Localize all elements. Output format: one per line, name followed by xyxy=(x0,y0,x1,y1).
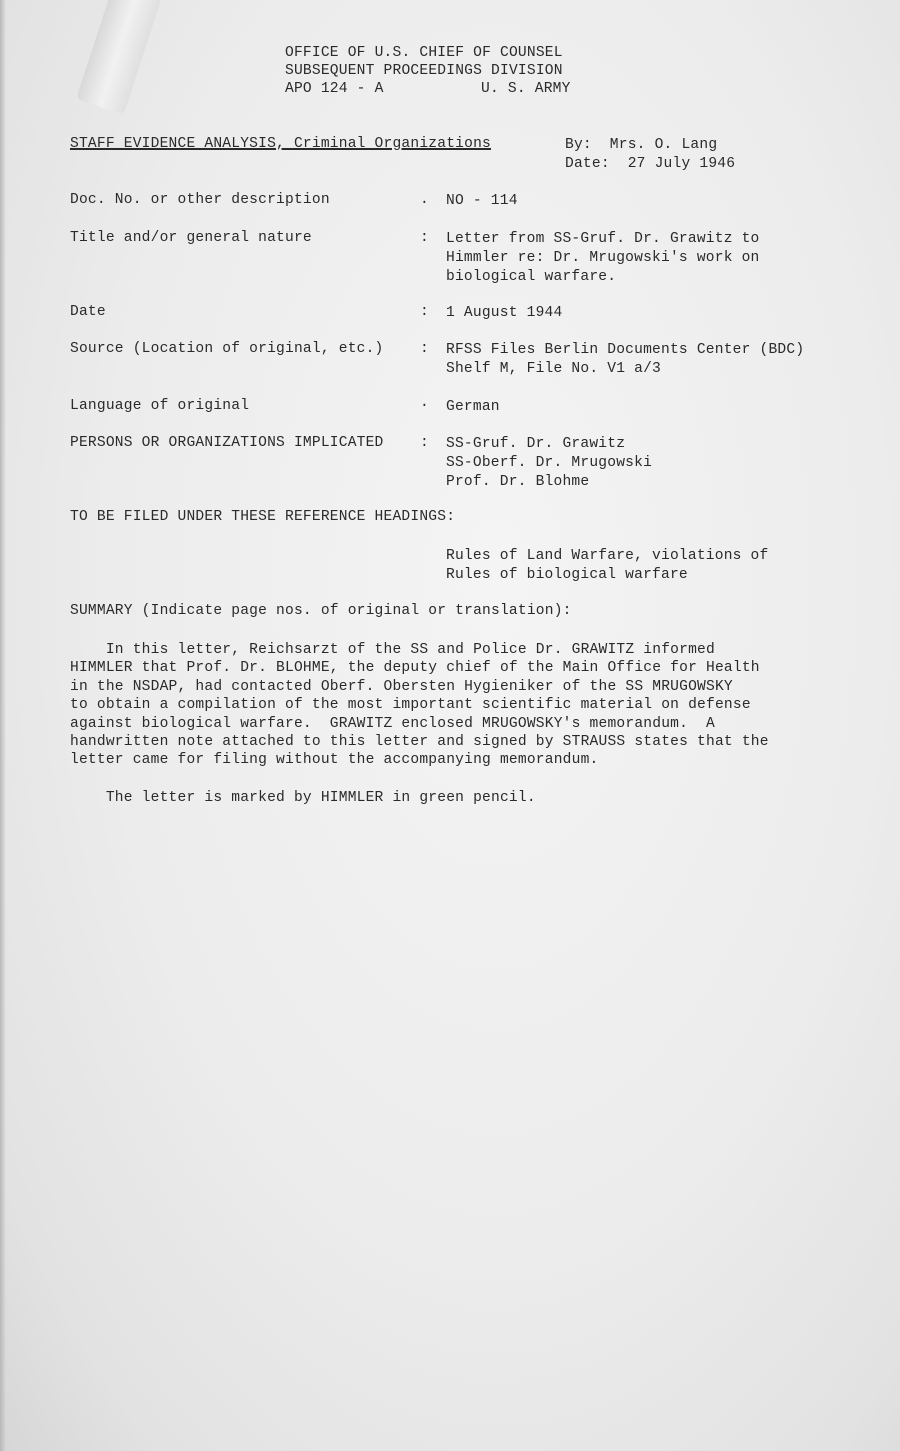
field-sep: : xyxy=(420,435,429,451)
field-value-source: RFSS Files Berlin Documents Center (BDC)… xyxy=(446,341,804,379)
field-value-doc-no: NO - 114 xyxy=(446,192,518,211)
field-sep: . xyxy=(420,192,429,208)
summary-paragraph: In this letter, Reichsarzt of the SS and… xyxy=(70,641,769,770)
field-label-persons: PERSONS OR ORGANIZATIONS IMPLICATED xyxy=(70,435,384,451)
reference-heading: TO BE FILED UNDER THESE REFERENCE HEADIN… xyxy=(70,509,455,525)
field-sep: : xyxy=(420,230,429,246)
field-label-source: Source (Location of original, etc.) xyxy=(70,341,384,357)
field-value-date: 1 August 1944 xyxy=(446,304,562,323)
analysis-title: STAFF EVIDENCE ANALYSIS, Criminal Organi… xyxy=(70,136,491,152)
header-apo: APO 124 - A xyxy=(285,80,384,98)
header-division: SUBSEQUENT PROCEEDINGS DIVISION xyxy=(285,62,563,80)
paper-crease xyxy=(76,0,164,115)
analysis-date: Date: 27 July 1946 xyxy=(565,155,735,173)
summary-heading: SUMMARY (Indicate page nos. of original … xyxy=(70,603,572,619)
field-value-title: Letter from SS-Gruf. Dr. Grawitz to Himm… xyxy=(446,230,760,287)
field-label-title: Title and/or general nature xyxy=(70,230,312,246)
summary-closing: The letter is marked by HIMMLER in green… xyxy=(70,790,536,806)
header-army: U. S. ARMY xyxy=(481,80,571,98)
field-sep: · xyxy=(420,398,429,414)
field-sep: : xyxy=(420,341,429,357)
field-label-language: Language of original xyxy=(70,398,249,414)
header-office: OFFICE OF U.S. CHIEF OF COUNSEL xyxy=(285,44,563,62)
field-label-date: Date xyxy=(70,304,106,320)
field-value-persons: SS-Gruf. Dr. Grawitz SS-Oberf. Dr. Mrugo… xyxy=(446,435,652,492)
document-page: OFFICE OF U.S. CHIEF OF COUNSEL SUBSEQUE… xyxy=(0,0,900,1451)
analysis-author: By: Mrs. O. Lang xyxy=(565,136,717,154)
field-label-doc-no: Doc. No. or other description xyxy=(70,192,330,208)
field-value-language: German xyxy=(446,398,500,417)
field-sep: : xyxy=(420,304,429,320)
reference-items: Rules of Land Warfare, violations of Rul… xyxy=(446,547,768,585)
